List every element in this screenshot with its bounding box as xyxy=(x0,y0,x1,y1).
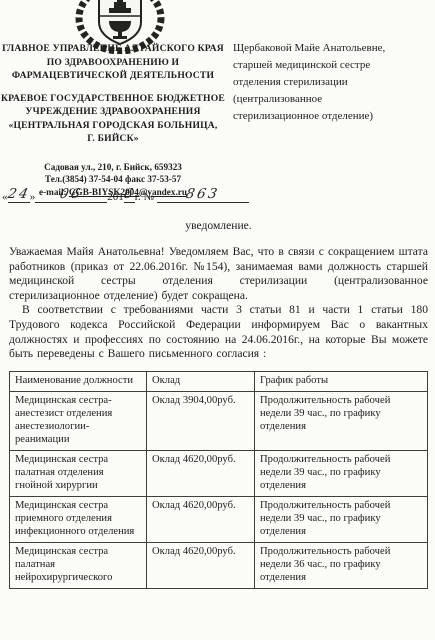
body-paragraph-2: В соответствии с требованиями части 3 ст… xyxy=(9,303,428,361)
cell-salary: Оклад 4620,00руб. xyxy=(147,542,255,588)
cell-schedule: Продолжительность рабочей недели 39 час.… xyxy=(255,450,428,496)
date-number-line: «24»062016г. № 863 xyxy=(2,186,249,203)
table-row: Медицинская сестра приемного отделения и… xyxy=(10,496,428,542)
table-row: Медицинская сестра-анестезист отделения … xyxy=(10,391,428,450)
org-institution-line: «ЦЕНТРАЛЬНАЯ ГОРОДСКАЯ БОЛЬНИЦА, xyxy=(0,119,240,133)
letterhead: ГЛАВНОЕ УПРАВЛЕНИЕ АЛТАЙСКОГО КРАЯ ПО ЗД… xyxy=(0,42,240,198)
org-department-line: ГЛАВНОЕ УПРАВЛЕНИЕ АЛТАЙСКОГО КРАЯ xyxy=(0,42,240,56)
addressee-line: отделения стерилизации xyxy=(233,74,429,91)
handwritten-doc-number: 863 xyxy=(184,186,221,202)
cell-schedule: Продолжительность рабочей недели 39 час.… xyxy=(255,496,428,542)
org-address-line: Садовая ул., 210, г. Бийск, 659323 xyxy=(0,161,240,174)
addressee-block: Щербаковой Майе Анатольевне, старшей мед… xyxy=(233,40,429,125)
cell-position: Медицинская сестра-анестезист отделения … xyxy=(10,391,147,450)
org-institution-name: КРАЕВОЕ ГОСУДАРСТВЕННОЕ БЮДЖЕТНОЕ УЧРЕЖД… xyxy=(0,92,240,146)
org-institution-line: КРАЕВОЕ ГОСУДАРСТВЕННОЕ БЮДЖЕТНОЕ xyxy=(0,92,240,106)
table-row: Медицинская сестра палатная отделения гн… xyxy=(10,450,428,496)
col-header-salary: Оклад xyxy=(147,371,255,391)
cell-salary: Оклад 4620,00руб. xyxy=(147,496,255,542)
after-year-label: г. № xyxy=(135,191,154,203)
cell-position: Медицинская сестра палатная нейрохирурги… xyxy=(10,542,147,588)
org-department-line: ФАРМАЦЕВТИЧЕСКОЙ ДЕЯТЕЛЬНОСТИ xyxy=(0,69,240,83)
vacancies-table: Наименование должности Оклад График рабо… xyxy=(9,371,428,589)
cell-schedule: Продолжительность рабочей недели 39 час.… xyxy=(255,391,428,450)
body-paragraph-1: Уважаемая Майя Анатольевна! Уведомляем В… xyxy=(9,245,428,303)
addressee-line: (централизованное xyxy=(233,91,429,108)
cell-salary: Оклад 4620,00руб. xyxy=(147,450,255,496)
cell-salary: Оклад 3904,00руб. xyxy=(147,391,255,450)
org-department-line: ПО ЗДРАВООХРАНЕНИЮ И xyxy=(0,56,240,70)
document-body: уведомление. Уважаемая Майя Анатольевна!… xyxy=(9,219,428,589)
addressee-line: старшей медицинской сестре xyxy=(233,57,429,74)
handwritten-month: 06 xyxy=(58,186,84,202)
table-row: Медицинская сестра палатная нейрохирурги… xyxy=(10,542,428,588)
cell-position: Медицинская сестра палатная отделения гн… xyxy=(10,450,147,496)
org-department-name: ГЛАВНОЕ УПРАВЛЕНИЕ АЛТАЙСКОГО КРАЯ ПО ЗД… xyxy=(0,42,240,83)
org-institution-line: УЧРЕЖДЕНИЕ ЗДРАВООХРАНЕНИЯ xyxy=(0,105,240,119)
org-address-line: Тел.(3854) 37-54-04 факс 37-53-57 xyxy=(0,173,240,186)
year-printed: 201 xyxy=(107,191,124,203)
scanned-letter-page: { "icons": { "emblem": "altai-krai-coat-… xyxy=(0,0,435,640)
cell-schedule: Продолжительность рабочей недели 36 час.… xyxy=(255,542,428,588)
handwritten-day: 24 xyxy=(6,186,32,202)
document-title: уведомление. xyxy=(9,219,428,232)
addressee-line: стерилизационное отделение) xyxy=(233,108,429,125)
org-institution-line: Г. БИЙСК» xyxy=(0,132,240,146)
addressee-line: Щербаковой Майе Анатольевне, xyxy=(233,40,429,57)
table-header-row: Наименование должности Оклад График рабо… xyxy=(10,371,428,391)
col-header-schedule: График работы xyxy=(255,371,428,391)
cell-position: Медицинская сестра приемного отделения и… xyxy=(10,496,147,542)
col-header-position: Наименование должности xyxy=(10,371,147,391)
